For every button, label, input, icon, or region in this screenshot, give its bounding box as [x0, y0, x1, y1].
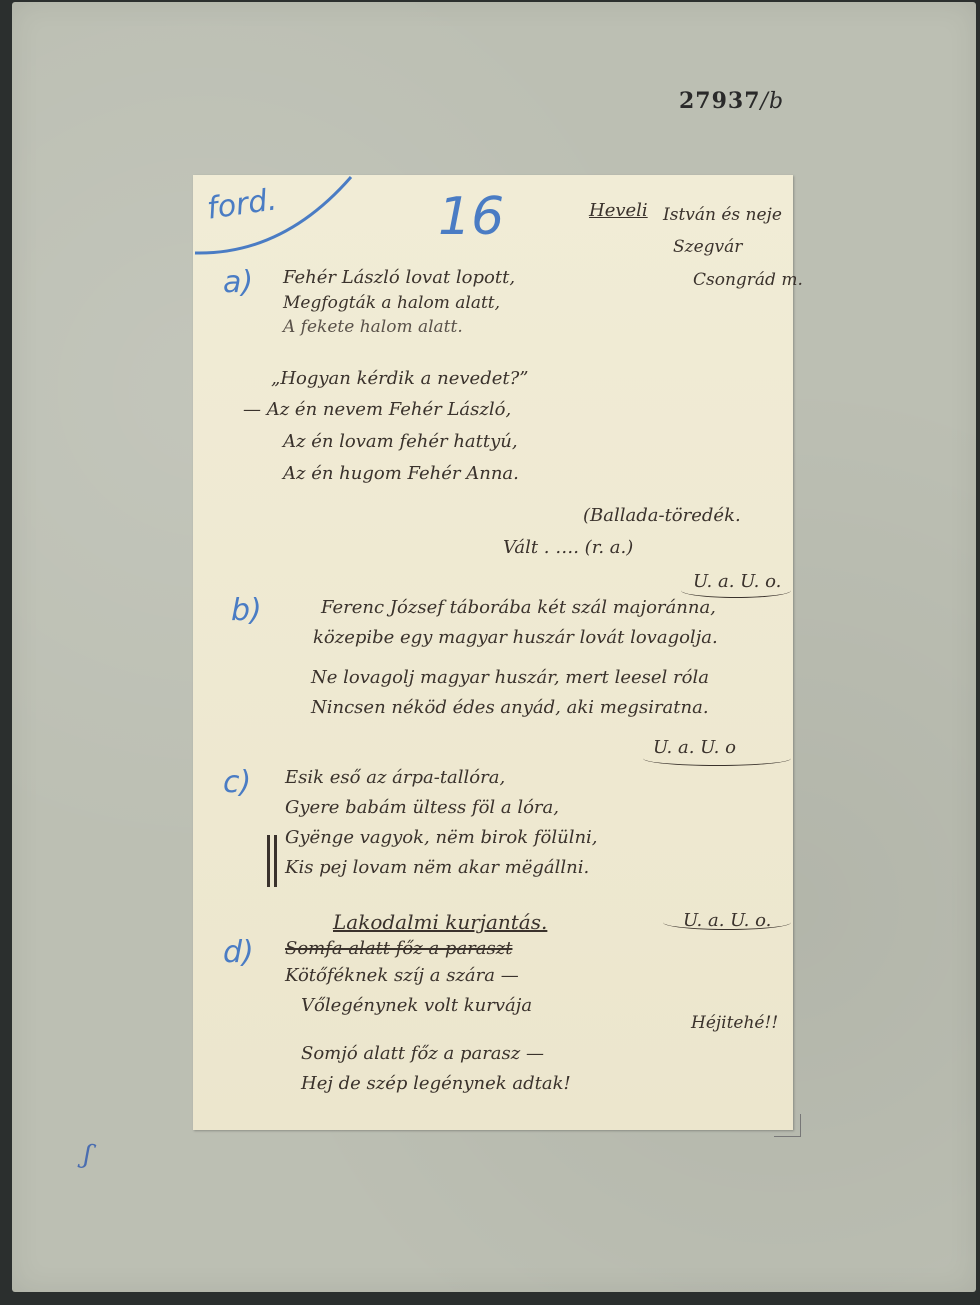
- section-a-line: — Az én nevem Fehér László,: [243, 399, 511, 420]
- margin-double-bar: [274, 835, 277, 887]
- informant-line3: Csongrád m.: [693, 270, 803, 290]
- section-a-line: „Hogyan kérdik a nevedet?”: [271, 368, 528, 389]
- section-a-line: Az én hugom Fehér Anna.: [283, 463, 519, 484]
- gray-mount-board: 27937/b ʃ ford. 16 Heveli István és neje…: [12, 2, 976, 1292]
- section-d-shout: Héjitehé!!: [691, 1013, 778, 1033]
- section-c-line: Esik eső az árpa-tallóra,: [285, 767, 505, 788]
- section-b-line: Ne lovagolj magyar huszár, mert leesel r…: [311, 667, 709, 688]
- margin-double-bar: [267, 835, 270, 887]
- section-d-title: Lakodalmi kurjantás.: [333, 910, 547, 934]
- source-loop: [681, 583, 791, 598]
- archive-number: 27937/b: [679, 88, 784, 114]
- section-c-line: Kis pej lovam nëm akar mëgállni.: [285, 857, 589, 878]
- section-d-line: Vőlegénynek volt kurvája: [301, 995, 532, 1016]
- section-c-line: Gyere babám ültess föl a lóra,: [285, 797, 559, 818]
- archive-number-suffix: /b: [761, 89, 785, 114]
- section-d-line: Somjó alatt főz a parasz —: [301, 1043, 544, 1064]
- section-b-line: Ferenc József táborába két szál majoránn…: [321, 597, 716, 618]
- section-a-line: Megfogták a halom alatt,: [283, 293, 500, 313]
- section-d-label: d): [223, 935, 254, 970]
- section-d-struck-line: Somfa alatt főz a paraszt: [285, 938, 512, 959]
- page-number: 16: [438, 187, 504, 247]
- section-a-line: Fehér László lovat lopott,: [283, 267, 515, 288]
- section-d-line: Kötőféknek szíj a szára —: [285, 965, 519, 986]
- informant-surname: Heveli: [589, 200, 648, 221]
- section-c-line: Gyënge vagyok, nëm birok fölülni,: [285, 827, 598, 848]
- manuscript-sheet: ford. 16 Heveli István és neje Szegvár C…: [193, 175, 793, 1130]
- source-loop: [663, 915, 791, 930]
- section-b-line: közepibe egy magyar huszár lovát lovagol…: [313, 627, 718, 648]
- informant-line2: Szegvár: [673, 237, 742, 257]
- section-b-line: Nincsen néköd édes anyád, aki megsiratna…: [311, 697, 709, 718]
- section-a-note: Vált . …. (r. a.): [503, 537, 633, 558]
- source-loop: [643, 751, 791, 766]
- section-a-label: a): [223, 265, 253, 300]
- section-a-line: Az én lovam fehér hattyú,: [283, 431, 518, 452]
- section-b-label: b): [231, 593, 262, 628]
- archive-number-main: 27937: [679, 88, 761, 114]
- section-c-label: c): [223, 765, 251, 800]
- section-a-line: A fekete halom alatt.: [283, 317, 463, 337]
- informant-line1: István és neje: [663, 205, 782, 225]
- blue-pencil-mark: ʃ: [82, 1140, 93, 1171]
- section-a-note: (Ballada-töredék.: [583, 505, 741, 526]
- section-d-line: Hej de szép legénynek adtak!: [301, 1073, 571, 1094]
